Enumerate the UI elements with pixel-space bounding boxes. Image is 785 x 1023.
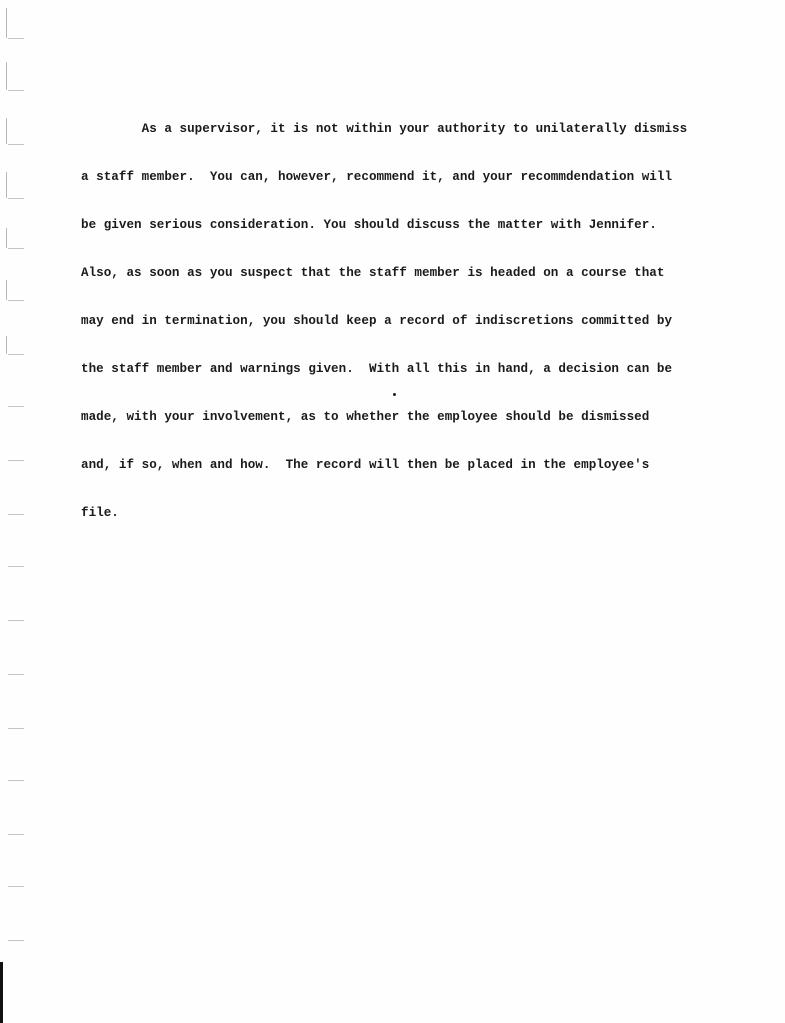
binder-margin-marks xyxy=(0,0,30,1000)
text-line: As a supervisor, it is not within your a… xyxy=(81,121,721,137)
text-line: Also, as soon as you suspect that the st… xyxy=(81,265,721,281)
document-page: As a supervisor, it is not within your a… xyxy=(0,0,785,1023)
text-line: made, with your involvement, as to wheth… xyxy=(81,409,721,425)
text-line: and, if so, when and how. The record wil… xyxy=(81,457,721,473)
text-line: file. xyxy=(81,505,721,521)
scan-speck xyxy=(393,393,396,396)
text-line: be given serious consideration. You shou… xyxy=(81,217,721,233)
scan-edge-shadow xyxy=(0,962,3,1023)
text-line: the staff member and warnings given. Wit… xyxy=(81,361,721,377)
memo-paragraph: As a supervisor, it is not within your a… xyxy=(81,89,721,553)
text-line: may end in termination, you should keep … xyxy=(81,313,721,329)
text-line: a staff member. You can, however, recomm… xyxy=(81,169,721,185)
